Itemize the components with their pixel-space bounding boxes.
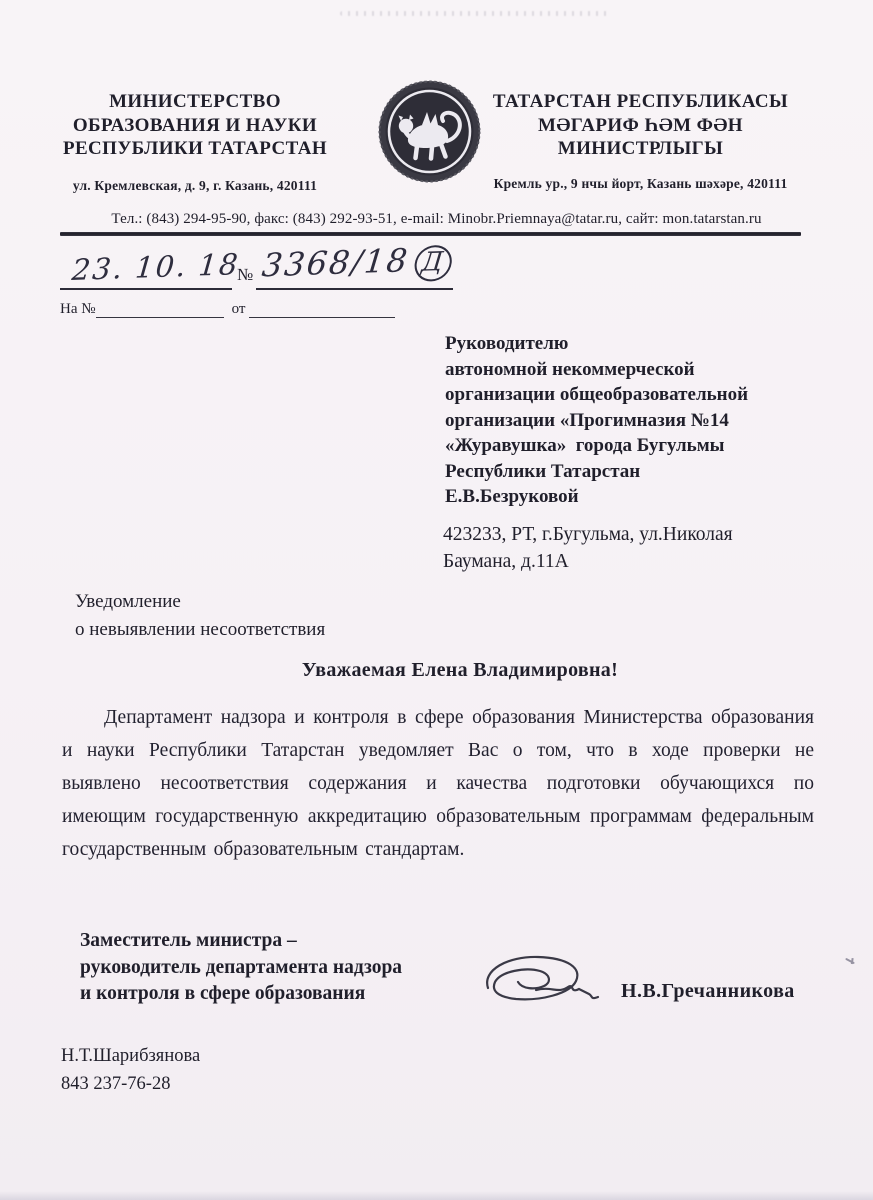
letterhead-divider [60,232,801,236]
handwritten-outgoing-number: 3368/18Д [260,240,454,288]
org-name-line: МИНИСТРЛЫГЫ [488,137,793,161]
recipient-line: Республики Татарстан [445,459,830,485]
date-underline [60,288,232,290]
reply-from-label: от [232,301,246,318]
recipient-line: организации общеобразовательной [445,382,830,408]
executor-block: Н.Т.Шарибзянова 843 237-76-28 [61,1042,200,1098]
ministry-address-tatar: Кремль ур., 9 нчы йорт, Казань шәхәре, 4… [488,176,793,192]
org-name-line: ТАТАРСТАН РЕСПУБЛИКАСЫ [488,90,793,114]
scan-artifact-edge-shadow [0,1191,873,1200]
signer-name: Н.В.Гречанникова [621,980,795,1003]
body-paragraph: Департамент надзора и контроля в сфере о… [62,701,814,866]
reply-date-blank [249,299,395,318]
number-sign-label: № [237,265,253,285]
handwritten-signature [478,948,608,1010]
recipient-line: Руководителю [445,331,830,357]
ministry-address-russian: ул. Кремлевская, д. 9, г. Казань, 420111 [60,178,330,194]
org-name-line: МӘГАРИФ ҺӘМ ФӘН [488,114,793,138]
recipient-block: Руководителю автономной некоммерческой о… [445,331,830,510]
org-name-line: РЕСПУБЛИКИ ТАТАРСТАН [60,137,330,161]
org-name-line: ОБРАЗОВАНИЯ И НАУКИ [60,114,330,138]
executor-phone: 843 237-76-28 [61,1070,200,1098]
document-subject: Уведомление о невыявлении несоответствия [75,588,325,643]
number-underline [256,288,453,290]
ministry-name-tatar: ТАТАРСТАН РЕСПУБЛИКАСЫ МӘГАРИФ ҺӘМ ФӘН М… [488,90,793,192]
recipient-postal-address: 423233, РТ, г.Бугульма, ул.Николая Баума… [443,521,808,575]
reply-reference-row: На №от [60,299,395,318]
recipient-line: организации «Прогимназия №14 [445,408,830,434]
executor-name: Н.Т.Шарибзянова [61,1042,200,1070]
outgoing-number-suffix: Д [413,245,454,282]
reply-number-blank [96,299,224,318]
subject-line: о невыявлении несоответствия [75,616,325,644]
ministry-name-russian: МИНИСТЕРСТВО ОБРАЗОВАНИЯ И НАУКИ РЕСПУБЛ… [60,90,330,194]
scanned-official-letter: МИНИСТЕРСТВО ОБРАЗОВАНИЯ И НАУКИ РЕСПУБЛ… [0,0,873,1200]
scan-artifact-mark [845,958,855,964]
signer-position: Заместитель министра – руководитель депа… [80,928,402,1008]
signer-position-line: Заместитель министра – [80,928,402,955]
signer-position-line: руководитель департамента надзора [80,955,402,982]
recipient-name: Е.В.Безруковой [445,484,830,510]
subject-line: Уведомление [75,588,325,616]
contact-info-line: Тел.: (843) 294-95-90, факс: (843) 292-9… [40,211,833,228]
recipient-line: автономной некоммерческой [445,357,830,383]
scan-artifact-smudge [340,11,610,16]
handwritten-date: 23. 10. 18 [71,247,241,287]
org-name-line: МИНИСТЕРСТВО [60,90,330,114]
recipient-line: «Журавушка» города Бугульмы [445,433,830,459]
salutation: Уважаемая Елена Владимировна! [110,659,810,682]
tatarstan-emblem-icon [377,79,482,184]
outgoing-number-value: 3368/18 [260,241,411,284]
signer-position-line: и контроля в сфере образования [80,981,402,1008]
reply-no-label: На № [60,301,96,318]
